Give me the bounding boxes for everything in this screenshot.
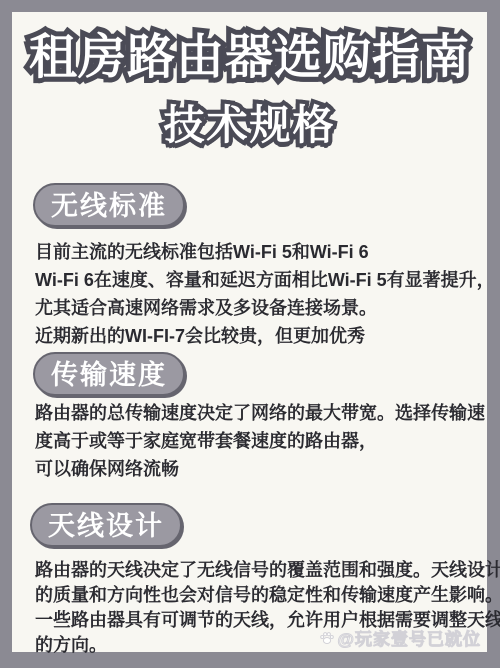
body-line: 近期新出的WI-FI-7会比较贵，但更加优秀 (35, 322, 477, 350)
watermark-text: @玩家壹号已就位 (337, 625, 481, 650)
section-body-wireless-standard: 目前主流的无线标准包括Wi-Fi 5和Wi-Fi 6 Wi-Fi 6在速度、容量… (35, 238, 477, 350)
section-badge-wireless-standard: 无线标准 (33, 183, 185, 227)
watermark: @玩家壹号已就位 (319, 625, 481, 650)
body-line: Wi-Fi 6在速度、容量和延迟方面相比Wi-Fi 5有显著提升， (35, 266, 477, 294)
poster-content-area: 租房路由器选购指南 技术规格 无线标准 目前主流的无线标准包括Wi-Fi 5和W… (12, 12, 487, 652)
body-line: 路由器的总传输速度决定了网络的最大带宽。选择传输速 (35, 399, 477, 427)
page-subtitle: 技术规格 (12, 92, 487, 151)
page-title: 租房路由器选购指南 (12, 18, 487, 87)
section-badge-antenna-design: 天线设计 (30, 503, 182, 547)
section-badge-transmission-speed: 传输速度 (33, 352, 185, 396)
body-line: 路由器的天线决定了无线信号的覆盖范围和强度。天线设计 (35, 558, 477, 583)
body-line: 目前主流的无线标准包括Wi-Fi 5和Wi-Fi 6 (35, 238, 477, 266)
body-line: 的质量和方向性也会对信号的稳定性和传输速度产生影响。 (35, 583, 477, 608)
section-body-transmission-speed: 路由器的总传输速度决定了网络的最大带宽。选择传输速 度高于或等于家庭宽带套餐速度… (35, 399, 477, 483)
body-line: 度高于或等于家庭宽带套餐速度的路由器， (35, 427, 477, 455)
body-line: 尤其适合高速网络需求及多设备连接场景。 (35, 294, 477, 322)
paw-icon (319, 630, 335, 646)
poster-page: 租房路由器选购指南 技术规格 无线标准 目前主流的无线标准包括Wi-Fi 5和W… (0, 0, 500, 668)
body-line: 可以确保网络流畅 (35, 455, 477, 483)
